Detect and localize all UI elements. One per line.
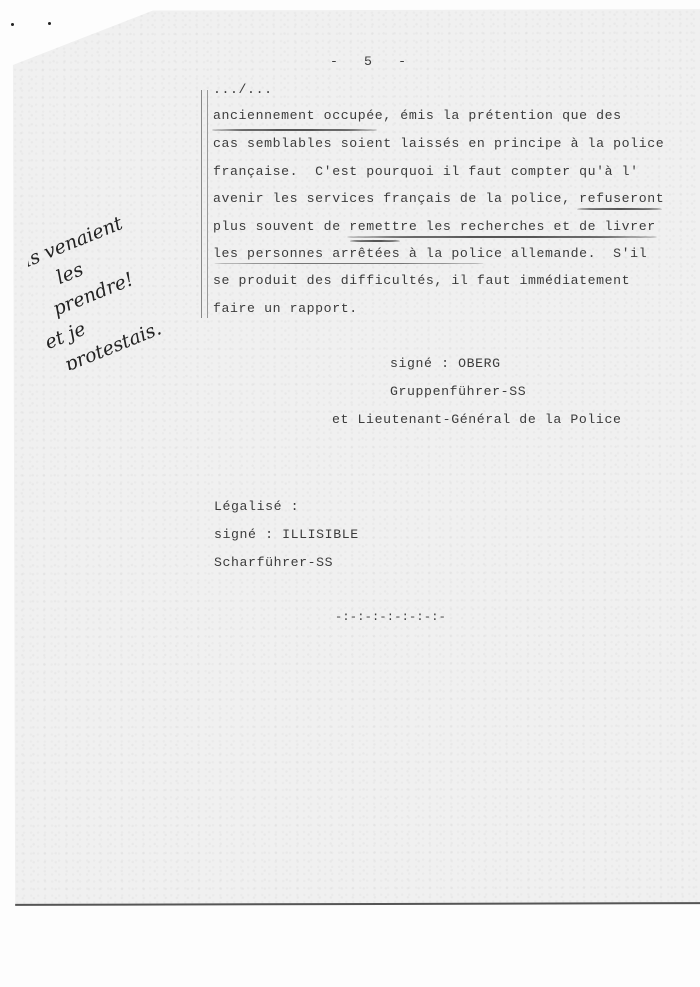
body-line: plus souvent de remettre les recherches …	[213, 219, 656, 234]
underline-mark	[577, 208, 662, 210]
handwritten-note: ils venaient les prendre! et je protesta…	[28, 200, 178, 370]
signature-title: et Lieutenant-Général de la Police	[332, 412, 621, 427]
scan-speck	[11, 23, 14, 26]
page-number: - 5 -	[330, 54, 407, 69]
body-line: cas semblables soient laissés en princip…	[213, 136, 664, 151]
body-line: faire un rapport.	[213, 301, 358, 316]
underline-arrow-mark	[350, 240, 400, 242]
body-line: française. C'est pourquoi il faut compte…	[213, 164, 639, 179]
handwritten-line: les	[53, 258, 87, 289]
body-line: avenir les services français de la polic…	[213, 191, 664, 206]
margin-mark	[201, 90, 208, 318]
scan-speck	[48, 22, 51, 25]
legalization-signed: signé : ILLISIBLE	[214, 527, 359, 542]
legalization-label: Légalisé :	[214, 499, 299, 514]
underline-mark	[347, 236, 657, 238]
signature-rank: Gruppenführer-SS	[390, 384, 526, 399]
end-marker: -:-:-:-:-:-:-:-	[335, 610, 446, 624]
body-line: les personnes arrêtées à la police allem…	[213, 246, 647, 261]
body-line: anciennement occupée, émis la prétention…	[213, 108, 622, 123]
legalization-rank: Scharführer-SS	[214, 555, 333, 570]
signature-signed: signé : OBERG	[390, 356, 501, 371]
body-line: se produit des difficultés, il faut immé…	[213, 273, 630, 288]
underline-mark	[212, 129, 377, 131]
underline-mark	[214, 263, 484, 264]
continuation-mark: .../...	[213, 82, 273, 97]
page-corner	[0, 0, 180, 70]
